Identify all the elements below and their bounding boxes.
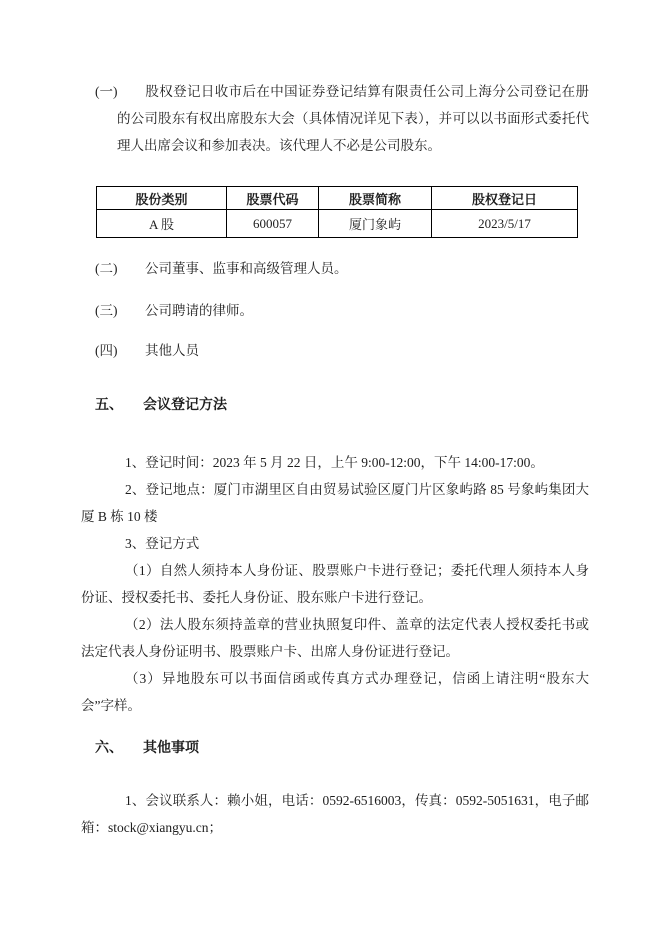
list-item-3-marker: (三) (95, 297, 145, 324)
list-item-2-marker: (二) (95, 255, 145, 282)
section-heading-5: 五、会议登记方法 (81, 392, 589, 419)
registration-table: 股份类别 股票代码 股票简称 股权登记日 A 股 600057 厦门象屿 202… (96, 186, 578, 238)
contact-paragraph: 1、会议联系人：赖小姐，电话：0592-6516003，传真：0592-5051… (81, 787, 589, 841)
list-item-3-text: 公司聘请的律师。 (145, 303, 253, 318)
list-item-3: (三)公司聘请的律师。 (81, 297, 589, 324)
document-page: (一)股权登记日收市后在中国证券登记结算有限责任公司上海分公司登记在册的公司股东… (0, 0, 662, 936)
table-cell-stock-name: 厦门象屿 (319, 210, 432, 238)
section-heading-6-marker: 六、 (95, 735, 143, 762)
table-header-share-class: 股份类别 (97, 187, 227, 210)
registration-method-item-3: （3）异地股东可以书面信函或传真方式办理登记，信函上请注明“股东大会”字样。 (81, 665, 589, 719)
registration-method-item-1: （1）自然人须持本人身份证、股票账户卡进行登记；委托代理人须持本人身份证、授权委… (81, 557, 589, 611)
list-item-1-marker: (一) (95, 78, 145, 105)
list-item-4-marker: (四) (95, 337, 145, 364)
table-cell-stock-code: 600057 (227, 210, 319, 238)
table-cell-record-date: 2023/5/17 (432, 210, 578, 238)
registration-method-item-2: （2）法人股东须持盖章的营业执照复印件、盖章的法定代表人授权委托书或法定代表人身… (81, 611, 589, 665)
registration-place-paragraph: 2、登记地点：厦门市湖里区自由贸易试验区厦门片区象屿路 85 号象屿集团大厦 B… (81, 476, 589, 530)
section-heading-5-marker: 五、 (95, 392, 143, 419)
list-item-4-text: 其他人员 (145, 343, 199, 358)
list-item-2: (二)公司董事、监事和高级管理人员。 (81, 255, 589, 282)
table-row: A 股 600057 厦门象屿 2023/5/17 (97, 210, 578, 238)
table-header-record-date: 股权登记日 (432, 187, 578, 210)
list-item-4: (四)其他人员 (81, 337, 589, 364)
table-cell-share-class: A 股 (97, 210, 227, 238)
list-item-1-text: 股权登记日收市后在中国证券登记结算有限责任公司上海分公司登记在册的公司股东有权出… (117, 84, 589, 153)
registration-time-paragraph: 1、登记时间：2023 年 5 月 22 日，上午 9:00-12:00，下午 … (81, 449, 589, 476)
table-header-stock-name: 股票简称 (319, 187, 432, 210)
registration-method-paragraph: 3、登记方式 (81, 530, 589, 557)
section-heading-6: 六、其他事项 (81, 735, 589, 762)
section-heading-6-title: 其他事项 (143, 740, 199, 756)
table-header-row: 股份类别 股票代码 股票简称 股权登记日 (97, 187, 578, 210)
list-item-1: (一)股权登记日收市后在中国证券登记结算有限责任公司上海分公司登记在册的公司股东… (81, 78, 589, 159)
section-heading-5-title: 会议登记方法 (143, 397, 227, 413)
table-header-stock-code: 股票代码 (227, 187, 319, 210)
list-item-2-text: 公司董事、监事和高级管理人员。 (145, 261, 348, 276)
